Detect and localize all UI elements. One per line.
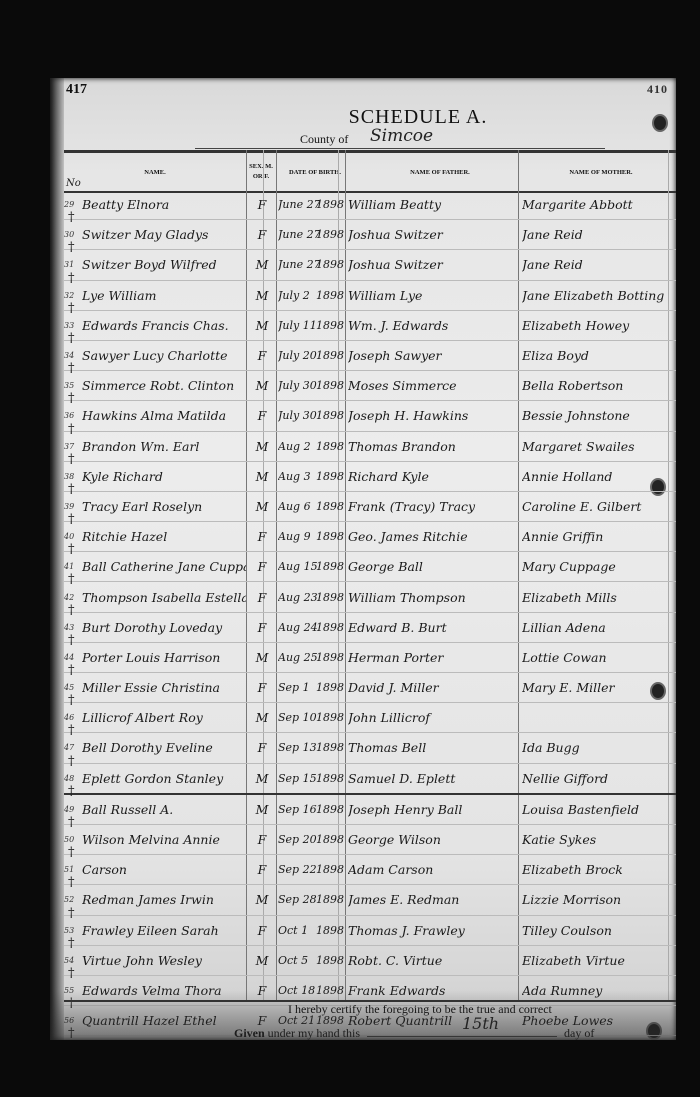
birth-year: 1898 <box>316 552 346 581</box>
father-name: James E. Redman <box>348 885 518 914</box>
child-name: Simmerce Robt. Clinton <box>82 371 246 400</box>
table-row: 32Lye WilliamMJuly 21898William LyeJane … <box>64 281 676 311</box>
mother-name: Annie Holland <box>522 462 686 491</box>
sex: M <box>250 946 274 975</box>
mother-name: Mary Cuppage <box>522 552 686 581</box>
birth-year: 1898 <box>316 916 346 945</box>
table-row: 40Ritchie HazelFAug 91898Geo. James Ritc… <box>64 522 676 552</box>
mother-name: Elizabeth Mills <box>522 582 686 611</box>
father-name: William Beatty <box>348 190 518 219</box>
table-row: 30Switzer May GladysFJune 271898Joshua S… <box>64 220 676 250</box>
birth-year: 1898 <box>316 250 346 279</box>
birth-year: 1898 <box>316 764 346 793</box>
sex: M <box>250 764 274 793</box>
table-row: 39Tracy Earl RoselynMAug 61898Frank (Tra… <box>64 492 676 522</box>
birth-year: 1898 <box>316 825 346 854</box>
table-row: 51CarsonFSep 221898Adam CarsonElizabeth … <box>64 855 676 885</box>
birth-year: 1898 <box>316 703 346 732</box>
mother-name: Lillian Adena <box>522 613 686 642</box>
father-name: Adam Carson <box>348 855 518 884</box>
sex: M <box>250 795 274 824</box>
sex: F <box>250 522 274 551</box>
birth-year: 1898 <box>316 432 346 461</box>
child-name: Lye William <box>82 281 246 310</box>
birth-year: 1898 <box>316 673 346 702</box>
table-row: 34Sawyer Lucy CharlotteFJuly 201898Josep… <box>64 341 676 371</box>
birth-year: 1898 <box>316 190 346 219</box>
table-row: 44Porter Louis HarrisonMAug 251898Herman… <box>64 643 676 673</box>
mother-name: Margarite Abbott <box>522 190 686 219</box>
table-row: 46Lillicrof Albert RoyMSep 101898John Li… <box>64 703 676 733</box>
birth-year: 1898 <box>316 522 346 551</box>
father-name: John Lillicrof <box>348 703 518 732</box>
sex: F <box>250 673 274 702</box>
page-shadow <box>50 990 676 1040</box>
schedule-title: SCHEDULE A. <box>50 106 676 129</box>
child-name: Ball Russell A. <box>82 795 246 824</box>
sex: M <box>250 492 274 521</box>
child-name: Burt Dorothy Loveday <box>82 613 246 642</box>
mother-name: Elizabeth Virtue <box>522 946 686 975</box>
mother-name: Ida Bugg <box>522 733 686 762</box>
table-row: 29Beatty ElnoraFJune 271898William Beatt… <box>64 190 676 220</box>
father-name: Frank (Tracy) Tracy <box>348 492 518 521</box>
table-row: 43Burt Dorothy LovedayFAug 241898Edward … <box>64 613 676 643</box>
birth-year: 1898 <box>316 371 346 400</box>
sex: M <box>250 703 274 732</box>
column-header-father: NAME OF FATHER. <box>354 153 526 191</box>
child-name: Porter Louis Harrison <box>82 643 246 672</box>
table-row: 52Redman James IrwinMSep 281898James E. … <box>64 885 676 915</box>
page-number-right: 410 <box>647 82 668 97</box>
sex: F <box>250 855 274 884</box>
table-row: 47Bell Dorothy EvelineFSep 131898Thomas … <box>64 733 676 763</box>
sex: F <box>250 825 274 854</box>
sex: M <box>250 462 274 491</box>
birth-year: 1898 <box>316 401 346 430</box>
sex: F <box>250 401 274 430</box>
father-name: Joseph Sawyer <box>348 341 518 370</box>
county-value: Simcoe <box>370 126 433 146</box>
mother-name: Tilley Coulson <box>522 916 686 945</box>
child-name: Eplett Gordon Stanley <box>82 764 246 793</box>
child-name: Ball Catherine Jane Cuppage <box>82 552 246 581</box>
father-name: Thomas Brandon <box>348 432 518 461</box>
child-name: Brandon Wm. Earl <box>82 432 246 461</box>
birth-year: 1898 <box>316 281 346 310</box>
mother-name: Bella Robertson <box>522 371 686 400</box>
table-header: NAME. SEX. M. or F. DATE OF BIRTH. NAME … <box>64 150 676 193</box>
sex: F <box>250 552 274 581</box>
child-name: Bell Dorothy Eveline <box>82 733 246 762</box>
table-row: 36Hawkins Alma MatildaFJuly 301898Joseph… <box>64 401 676 431</box>
mother-name: Elizabeth Howey <box>522 311 686 340</box>
sex: F <box>250 613 274 642</box>
table-row: 45Miller Essie ChristinaFSep 11898David … <box>64 673 676 703</box>
father-name: Wm. J. Edwards <box>348 311 518 340</box>
birth-year: 1898 <box>316 733 346 762</box>
father-name: David J. Miller <box>348 673 518 702</box>
child-name: Virtue John Wesley <box>82 946 246 975</box>
birth-year: 1898 <box>316 582 346 611</box>
sex: M <box>250 311 274 340</box>
mother-name: Katie Sykes <box>522 825 686 854</box>
sex: M <box>250 371 274 400</box>
column-header-mother: NAME OF MOTHER. <box>526 153 676 191</box>
mother-name: Annie Griffin <box>522 522 686 551</box>
child-name: Lillicrof Albert Roy <box>82 703 246 732</box>
sex: M <box>250 250 274 279</box>
column-header-sex: SEX. M. or F. <box>246 153 276 191</box>
table-row: 42Thompson Isabella EstellaFAug 231898Wi… <box>64 582 676 612</box>
birth-year: 1898 <box>316 311 346 340</box>
table-row: 38Kyle RichardMAug 31898Richard KyleAnni… <box>64 462 676 492</box>
table-row: 35Simmerce Robt. ClintonMJuly 301898Mose… <box>64 371 676 401</box>
birth-year: 1898 <box>316 795 346 824</box>
child-name: Switzer May Gladys <box>82 220 246 249</box>
sex: M <box>250 885 274 914</box>
table-row: 41Ball Catherine Jane CuppageFAug 151898… <box>64 552 676 582</box>
mother-name: Elizabeth Brock <box>522 855 686 884</box>
mother-name: Mary E. Miller <box>522 673 686 702</box>
table-row: 31Switzer Boyd WilfredMJune 271898Joshua… <box>64 250 676 280</box>
father-name: Joseph Henry Ball <box>348 795 518 824</box>
child-name: Wilson Melvina Annie <box>82 825 246 854</box>
child-name: Hawkins Alma Matilda <box>82 401 246 430</box>
child-name: Ritchie Hazel <box>82 522 246 551</box>
father-name: George Ball <box>348 552 518 581</box>
table-row: 48Eplett Gordon StanleyMSep 151898Samuel… <box>64 764 676 795</box>
mother-name: Jane Reid <box>522 220 686 249</box>
register-entries: 29Beatty ElnoraFJune 271898William Beatt… <box>64 190 676 1036</box>
sex: F <box>250 341 274 370</box>
table-row: 37Brandon Wm. EarlMAug 21898Thomas Brand… <box>64 432 676 462</box>
mother-name: Nellie Gifford <box>522 764 686 793</box>
county-label: County of <box>300 132 348 147</box>
child-name: Switzer Boyd Wilfred <box>82 250 246 279</box>
child-name: Kyle Richard <box>82 462 246 491</box>
column-header-name: NAME. <box>64 153 246 191</box>
table-row: 50Wilson Melvina AnnieFSep 201898George … <box>64 825 676 855</box>
child-name: Carson <box>82 855 246 884</box>
table-row: 54Virtue John WesleyMOct 51898Robt. C. V… <box>64 946 676 976</box>
child-name: Beatty Elnora <box>82 190 246 219</box>
birth-year: 1898 <box>316 492 346 521</box>
father-name: Joseph H. Hawkins <box>348 401 518 430</box>
sex: F <box>250 733 274 762</box>
birth-year: 1898 <box>316 220 346 249</box>
child-name: Redman James Irwin <box>82 885 246 914</box>
table-row: 53Frawley Eileen SarahFOct 11898Thomas J… <box>64 916 676 946</box>
child-name: Edwards Francis Chas. <box>82 311 246 340</box>
child-name: Miller Essie Christina <box>82 673 246 702</box>
child-name: Tracy Earl Roselyn <box>82 492 246 521</box>
sex: F <box>250 582 274 611</box>
mother-name: Lottie Cowan <box>522 643 686 672</box>
father-name: Robt. C. Virtue <box>348 946 518 975</box>
birth-year: 1898 <box>316 643 346 672</box>
sex: M <box>250 281 274 310</box>
father-name: Joshua Switzer <box>348 220 518 249</box>
mother-name: Eliza Boyd <box>522 341 686 370</box>
sex: F <box>250 916 274 945</box>
father-name: George Wilson <box>348 825 518 854</box>
father-name: Geo. James Ritchie <box>348 522 518 551</box>
birth-year: 1898 <box>316 946 346 975</box>
register-page: 417 410 SCHEDULE A. County of Simcoe NAM… <box>50 78 676 1040</box>
child-name: Frawley Eileen Sarah <box>82 916 246 945</box>
row-number-header: No <box>66 178 81 189</box>
birth-year: 1898 <box>316 613 346 642</box>
mother-name: Jane Reid <box>522 250 686 279</box>
birth-year: 1898 <box>316 885 346 914</box>
mother-name: Caroline E. Gilbert <box>522 492 686 521</box>
sex: M <box>250 643 274 672</box>
child-name: Sawyer Lucy Charlotte <box>82 341 246 370</box>
child-name: Thompson Isabella Estella <box>82 582 246 611</box>
birth-year: 1898 <box>316 462 346 491</box>
page-number-left: 417 <box>66 82 87 98</box>
father-name: Richard Kyle <box>348 462 518 491</box>
father-name: Joshua Switzer <box>348 250 518 279</box>
father-name: Thomas Bell <box>348 733 518 762</box>
mother-name: Bessie Johnstone <box>522 401 686 430</box>
birth-year: 1898 <box>316 341 346 370</box>
mother-name: Jane Elizabeth Botting <box>522 281 686 310</box>
father-name: Thomas J. Frawley <box>348 916 518 945</box>
father-name: Samuel D. Eplett <box>348 764 518 793</box>
father-name: Herman Porter <box>348 643 518 672</box>
page-binding-edge <box>50 78 64 1040</box>
column-header-date-of-birth: DATE OF BIRTH. <box>276 153 354 191</box>
father-name: William Lye <box>348 281 518 310</box>
mother-name <box>522 703 686 732</box>
sex: M <box>250 432 274 461</box>
father-name: Edward B. Burt <box>348 613 518 642</box>
mother-name: Lizzie Morrison <box>522 885 686 914</box>
mother-name: Louisa Bastenfield <box>522 795 686 824</box>
mother-name: Margaret Swailes <box>522 432 686 461</box>
father-name: Moses Simmerce <box>348 371 518 400</box>
table-row: 49Ball Russell A.MSep 161898Joseph Henry… <box>64 795 676 825</box>
sex: F <box>250 220 274 249</box>
father-name: William Thompson <box>348 582 518 611</box>
table-row: 33Edwards Francis Chas.MJuly 111898Wm. J… <box>64 311 676 341</box>
sex: F <box>250 190 274 219</box>
birth-year: 1898 <box>316 855 346 884</box>
